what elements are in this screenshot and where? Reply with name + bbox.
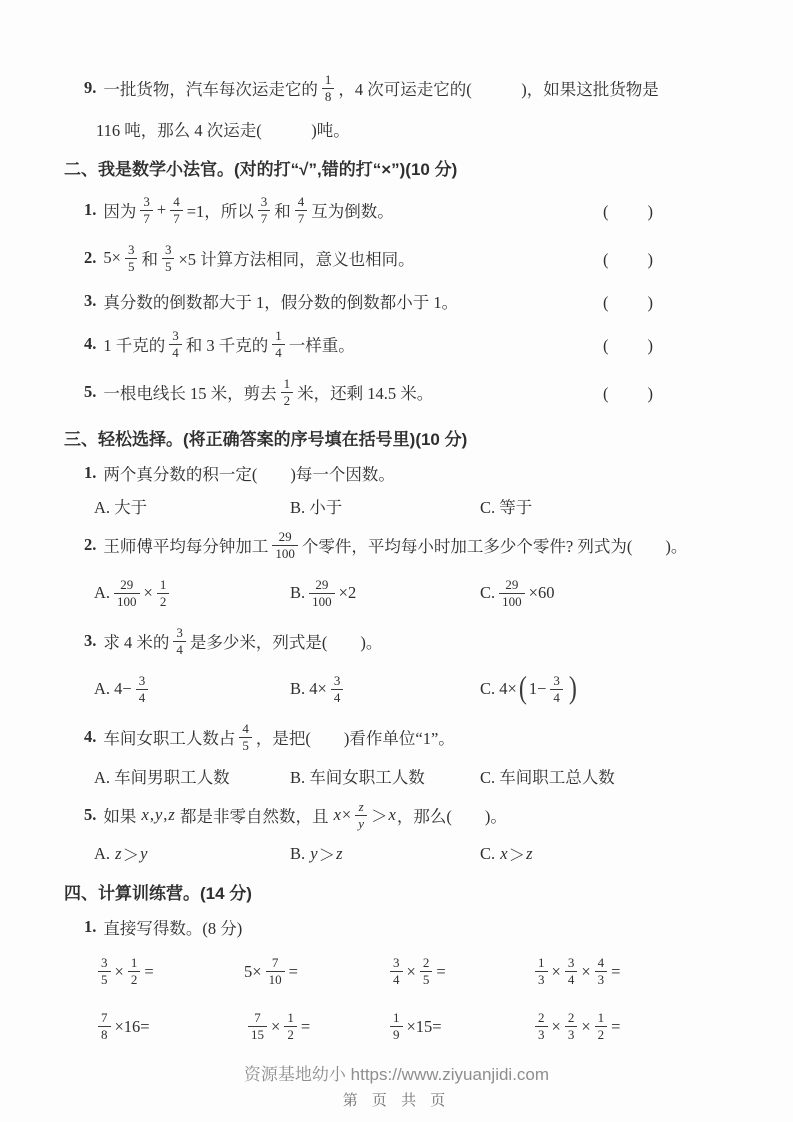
option-b: B. 小于 [290, 494, 480, 518]
text-run: = [301, 1017, 310, 1037]
question-stem: 2.王师傅平均每分钟加工29100个零件，平均每小时加工多少个零件? 列式为( … [64, 522, 735, 568]
fraction-numerator: 1 [535, 955, 548, 971]
text-run: B. [290, 844, 309, 864]
text-run: × [271, 1017, 280, 1037]
text-run: 都是非零自然数，且 [176, 803, 333, 827]
fraction-numerator: 1 [322, 72, 335, 88]
calculation-expression: 5×710= [244, 955, 386, 987]
option-c: C. 4×(1−34) [480, 673, 735, 705]
fraction-numerator: 29 [502, 577, 521, 593]
options-row: A. z＞yB. y＞zC. x＞z [64, 838, 735, 870]
fraction-denominator: 9 [390, 1026, 403, 1043]
question-number: 5. [84, 382, 96, 402]
fraction: 34 [390, 955, 403, 987]
math-variable: z [335, 844, 343, 864]
fraction-denominator: 5 [239, 737, 252, 754]
text-run: ＞ [319, 842, 336, 866]
question-item: 9.一批货物，汽车每次运走它的18，4 次可运走它的( )，如果这批货物是116… [64, 64, 735, 146]
fraction-numerator: 3 [258, 194, 271, 210]
option-b: B. 4×34 [290, 673, 480, 705]
options-row: A.29100×12B.29100×2C.29100×60 [64, 568, 735, 618]
fraction-numerator: 1 [272, 328, 285, 344]
fraction-numerator: 2 [420, 955, 433, 971]
question-number: 4. [84, 727, 96, 747]
question-text: 1 千克的34和 3 千克的14一样重。 [103, 328, 603, 360]
fraction-denominator: 7 [258, 210, 271, 227]
answer-bracket: ( ) [603, 332, 655, 356]
text-run: ，4 次可运走它的( )，如果这批货物是 [338, 76, 658, 100]
fraction-numerator: 3 [169, 328, 182, 344]
multiple-choice-item: 4.车间女职工人数占45，是把( )看作单位“1”。A. 车间男职工人数B. 车… [64, 714, 735, 792]
fraction-denominator: 3 [595, 971, 608, 988]
fraction-denominator: 2 [284, 1026, 297, 1043]
text-run: × [552, 962, 561, 982]
text-run: 一样重。 [289, 332, 355, 356]
fraction-numerator: 7 [98, 1010, 111, 1026]
fraction-denominator: 100 [309, 593, 335, 610]
text-run: 个零件，平均每小时加工多少个零件? 列式为( )。 [302, 533, 687, 557]
fraction-numerator: 7 [269, 955, 282, 971]
text-run: × [407, 962, 416, 982]
multiple-choice-item: 5.如果 x,y,z 都是非零自然数，且 x×zy＞x，那么( )。A. z＞y… [64, 792, 735, 870]
text-run: 求 4 米的 [103, 629, 169, 653]
calculation-expression: 19×15= [386, 1010, 531, 1042]
multiple-choice-item: 2.王师傅平均每分钟加工29100个零件，平均每小时加工多少个零件? 列式为( … [64, 522, 735, 618]
text-run: =1，所以 [187, 198, 254, 222]
true-false-item: 1.因为37+47=1，所以37和47互为倒数。( ) [64, 186, 735, 234]
section-header: 三、轻松选择。(将正确答案的序号填在括号里)(10 分) [64, 418, 735, 456]
question-number: 2. [84, 248, 96, 268]
math-variable: y [309, 844, 318, 864]
sub-section-header: 1.直接写得数。(8 分) [64, 910, 735, 944]
math-variable: x [388, 805, 397, 825]
text-run: ×60 [529, 583, 555, 603]
text-run: × [581, 1017, 590, 1037]
math-variable: x [499, 844, 508, 864]
fraction: 34 [169, 328, 182, 360]
text-run: = [611, 962, 620, 982]
options-row: A. 车间男职工人数B. 车间女职工人数C. 车间职工总人数 [64, 760, 735, 792]
sub-section-title: 直接写得数。(8 分) [103, 915, 242, 939]
fraction: 35 [125, 242, 138, 274]
question-number: 9. [84, 78, 96, 98]
text-run: 5× [244, 962, 262, 982]
fraction-denominator: 2 [157, 593, 170, 610]
question-number: 3. [84, 291, 96, 311]
multiple-choice-item: 3.求 4 米的34是多少米，列式是( )。A. 4−34B. 4×34C. 4… [64, 618, 735, 714]
text-run: 一根电线长 15 米，剪去 [103, 380, 276, 404]
fraction: zy [355, 799, 367, 831]
fraction-denominator: 3 [565, 1026, 578, 1043]
fraction: 19 [390, 1010, 403, 1042]
page-footer: 资源基地幼小 https://www.ziyuanjidi.com 第 页 共 … [0, 1060, 793, 1110]
fraction-numerator: 3 [136, 673, 149, 689]
fraction: 47 [295, 194, 308, 226]
text-run: 1 千克的 [103, 332, 165, 356]
fraction-numerator: 3 [140, 194, 153, 210]
question-number: 3. [84, 631, 96, 651]
fraction-numerator: 3 [565, 955, 578, 971]
fraction-denominator: y [355, 815, 367, 832]
fraction-denominator: 5 [98, 971, 111, 988]
fraction-denominator: 4 [390, 971, 403, 988]
option-c: C. x＞z [480, 842, 735, 866]
option-a: A. 大于 [94, 494, 290, 518]
question-stem: 1.两个真分数的积一定( )每一个因数。 [64, 456, 735, 490]
text-run: × [144, 583, 153, 603]
text-run: C. 车间职工总人数 [480, 764, 615, 788]
fraction-numerator: 4 [295, 194, 308, 210]
calculation-expression: 715×12= [244, 1010, 386, 1042]
true-false-item: 3.真分数的倒数都大于 1，假分数的倒数都小于 1。( ) [64, 282, 735, 320]
question-stem: 5.如果 x,y,z 都是非零自然数，且 x×zy＞x，那么( )。 [64, 792, 735, 838]
fraction: 34 [565, 955, 578, 987]
right-paren-icon: ) [569, 671, 577, 706]
fraction-numerator: 1 [390, 1010, 403, 1026]
fraction: 34 [550, 673, 563, 705]
fraction-numerator: 3 [390, 955, 403, 971]
text-run: 116 吨，那么 4 次运走( )吨。 [96, 117, 350, 141]
option-a: A. 车间男职工人数 [94, 764, 290, 788]
fraction: 47 [170, 194, 183, 226]
fraction-numerator: 3 [162, 242, 175, 258]
text-run: 5× [103, 248, 121, 268]
fraction-numerator: z [356, 799, 367, 815]
fraction-numerator: 7 [251, 1010, 264, 1026]
text-run: 和 3 千克的 [186, 332, 269, 356]
footer-watermark: 资源基地幼小 https://www.ziyuanjidi.com [0, 1060, 793, 1085]
fraction-numerator: 29 [117, 577, 136, 593]
calculation-expression: 13×34×43= [531, 955, 735, 987]
question-text: 5×35和35×5 计算方法相同，意义也相同。 [103, 242, 603, 274]
fraction-denominator: 10 [266, 971, 285, 988]
fraction: 29100 [272, 529, 298, 561]
option-c: C. 车间职工总人数 [480, 764, 735, 788]
text-run: = [289, 962, 298, 982]
calculation-expression: 78×16= [94, 1010, 244, 1042]
option-c: C. 等于 [480, 494, 735, 518]
fraction: 34 [136, 673, 149, 705]
fraction-numerator: 4 [239, 721, 252, 737]
fraction: 35 [162, 242, 175, 274]
fraction-numerator: 3 [125, 242, 138, 258]
fraction-denominator: 7 [170, 210, 183, 227]
text-run: 和 [274, 198, 291, 222]
fraction-numerator: 2 [535, 1010, 548, 1026]
fraction: 14 [272, 328, 285, 360]
text-run: B. 车间女职工人数 [290, 764, 425, 788]
worksheet-content: 9.一批货物，汽车每次运走它的18，4 次可运走它的( )，如果这批货物是116… [64, 64, 735, 1054]
fraction-numerator: 1 [595, 1010, 608, 1026]
fraction-numerator: 2 [565, 1010, 578, 1026]
question-number: 4. [84, 334, 96, 354]
math-variable: x [333, 805, 342, 825]
text-run: ×2 [339, 583, 357, 603]
true-false-item: 4.1 千克的34和 3 千克的14一样重。( ) [64, 320, 735, 368]
fraction-denominator: 100 [272, 545, 298, 562]
fraction-denominator: 2 [281, 392, 294, 409]
text-run: ＞ [371, 803, 388, 827]
fraction-numerator: 4 [595, 955, 608, 971]
fraction-denominator: 4 [169, 344, 182, 361]
option-a: A. 4−34 [94, 673, 290, 705]
fraction-denominator: 4 [136, 689, 149, 706]
question-stem: 3.求 4 米的34是多少米，列式是( )。 [64, 618, 735, 664]
question-line: 9.一批货物，汽车每次运走它的18，4 次可运走它的( )，如果这批货物是 [64, 64, 735, 112]
fraction-numerator: 4 [170, 194, 183, 210]
math-variable: z [114, 844, 122, 864]
text-run: ＞ [509, 842, 526, 866]
fraction: 12 [284, 1010, 297, 1042]
fraction-numerator: 29 [312, 577, 331, 593]
text-run: C. 4× [480, 679, 517, 699]
text-run: = [436, 962, 445, 982]
fraction: 710 [266, 955, 285, 987]
text-run: × [342, 805, 351, 825]
fraction-denominator: 8 [98, 1026, 111, 1043]
fraction: 23 [535, 1010, 548, 1042]
text-run: B. [290, 583, 305, 603]
options-row: A. 4−34B. 4×34C. 4×(1−34) [64, 664, 735, 714]
answer-bracket: ( ) [603, 380, 655, 404]
calculation-row: 35×12=5×710=34×25=13×34×43= [64, 944, 735, 999]
fraction-denominator: 5 [420, 971, 433, 988]
left-paren-icon: ( [519, 671, 527, 706]
text-run: 因为 [103, 198, 136, 222]
answer-bracket: ( ) [603, 198, 655, 222]
question-number: 1. [84, 200, 96, 220]
fraction: 12 [595, 1010, 608, 1042]
text-run: B. 4× [290, 679, 327, 699]
fraction: 37 [140, 194, 153, 226]
fraction-denominator: 100 [499, 593, 525, 610]
text-run: 如果 [103, 803, 140, 827]
fraction-numerator: 3 [173, 625, 186, 641]
fraction-denominator: 4 [550, 689, 563, 706]
option-c: C.29100×60 [480, 577, 735, 609]
text-run: 一批货物，汽车每次运走它的 [103, 76, 318, 100]
fraction: 29100 [309, 577, 335, 609]
text-run: A. 车间男职工人数 [94, 764, 230, 788]
fraction-denominator: 2 [595, 1026, 608, 1043]
fraction-denominator: 7 [140, 210, 153, 227]
fraction-numerator: 1 [128, 955, 141, 971]
fraction-numerator: 29 [276, 529, 295, 545]
math-variable: y [154, 805, 163, 825]
fraction-denominator: 3 [535, 971, 548, 988]
calculation-expression: 35×12= [94, 955, 244, 987]
fraction: 43 [595, 955, 608, 987]
fraction: 45 [239, 721, 252, 753]
calculation-expression: 23×23×12= [531, 1010, 735, 1042]
footer-page-number: 第 页 共 页 [0, 1089, 793, 1110]
fraction-denominator: 5 [162, 258, 175, 275]
fraction-numerator: 1 [157, 577, 170, 593]
question-text: 因为37+47=1，所以37和47互为倒数。 [103, 194, 603, 226]
text-run: 1− [529, 679, 547, 699]
text-run: 真分数的倒数都大于 1，假分数的倒数都小于 1。 [103, 289, 458, 313]
section-header: 二、我是数学小法官。(对的打“√”,错的打“×”)(10 分) [64, 148, 735, 186]
fraction: 715 [248, 1010, 267, 1042]
question-text: 真分数的倒数都大于 1，假分数的倒数都小于 1。 [103, 289, 603, 313]
option-a: A. z＞y [94, 842, 290, 866]
fraction-numerator: 3 [550, 673, 563, 689]
text-run: = [611, 1017, 620, 1037]
fraction-denominator: 15 [248, 1026, 267, 1043]
text-run: C. [480, 583, 495, 603]
fraction: 78 [98, 1010, 111, 1042]
option-b: B. 车间女职工人数 [290, 764, 480, 788]
fraction: 13 [535, 955, 548, 987]
text-run: A. [94, 583, 110, 603]
question-stem: 4.车间女职工人数占45，是把( )看作单位“1”。 [64, 714, 735, 760]
answer-bracket: ( ) [603, 289, 655, 313]
question-line: 116 吨，那么 4 次运走( )吨。 [64, 112, 735, 146]
fraction-denominator: 4 [272, 344, 285, 361]
option-b: B.29100×2 [290, 577, 480, 609]
text-run: ＞ [123, 842, 140, 866]
fraction: 25 [420, 955, 433, 987]
fraction-numerator: 1 [284, 1010, 297, 1026]
fraction-numerator: 3 [331, 673, 344, 689]
fraction: 18 [322, 72, 335, 104]
fraction: 35 [98, 955, 111, 987]
text-run: × [552, 1017, 561, 1037]
fraction-denominator: 100 [114, 593, 140, 610]
true-false-item: 5.一根电线长 15 米，剪去12米，还剩 14.5 米。( ) [64, 368, 735, 416]
fraction: 12 [157, 577, 170, 609]
text-run: 是多少米，列式是( )。 [190, 629, 383, 653]
question-number: 5. [84, 805, 96, 825]
text-run: A. 4− [94, 679, 132, 699]
text-run: A. 大于 [94, 494, 147, 518]
sub-section-number: 1. [84, 917, 96, 937]
text-run: = [144, 962, 153, 982]
text-run: × [115, 962, 124, 982]
text-run: 车间女职工人数占 [103, 725, 235, 749]
fraction-denominator: 5 [125, 258, 138, 275]
calculation-expression: 34×25= [386, 955, 531, 987]
text-run: 王师傅平均每分钟加工 [103, 533, 268, 557]
text-run: ×16= [115, 1017, 150, 1037]
text-run: 两个真分数的积一定( )每一个因数。 [103, 461, 395, 485]
true-false-item: 2.5×35和35×5 计算方法相同，意义也相同。( ) [64, 234, 735, 282]
fraction: 34 [331, 673, 344, 705]
text-run: ×15= [407, 1017, 442, 1037]
fraction: 29100 [499, 577, 525, 609]
text-run: C. 等于 [480, 494, 532, 518]
text-run: × [581, 962, 590, 982]
question-text: 一根电线长 15 米，剪去12米，还剩 14.5 米。 [103, 376, 603, 408]
fraction: 23 [565, 1010, 578, 1042]
fraction-denominator: 8 [322, 88, 335, 105]
calculation-row: 78×16=715×12=19×15=23×23×12= [64, 999, 735, 1054]
math-variable: z [167, 805, 175, 825]
math-variable: z [525, 844, 533, 864]
option-b: B. y＞z [290, 842, 480, 866]
options-row: A. 大于B. 小于C. 等于 [64, 490, 735, 522]
fraction-denominator: 4 [331, 689, 344, 706]
worksheet-page: 9.一批货物，汽车每次运走它的18，4 次可运走它的( )，如果这批货物是116… [0, 0, 793, 1122]
text-run: C. [480, 844, 499, 864]
fraction: 12 [128, 955, 141, 987]
text-run: ，是把( )看作单位“1”。 [256, 725, 455, 749]
fraction-numerator: 3 [98, 955, 111, 971]
text-run: 和 [141, 246, 158, 270]
fraction: 37 [258, 194, 271, 226]
question-number: 1. [84, 463, 96, 483]
fraction-numerator: 1 [281, 376, 294, 392]
option-a: A.29100×12 [94, 577, 290, 609]
fraction-denominator: 4 [565, 971, 578, 988]
text-run: B. 小于 [290, 494, 342, 518]
fraction-denominator: 2 [128, 971, 141, 988]
text-run: + [157, 200, 166, 220]
math-variable: y [139, 844, 148, 864]
text-run: 互为倒数。 [311, 198, 394, 222]
fraction-denominator: 3 [535, 1026, 548, 1043]
fraction-denominator: 4 [173, 641, 186, 658]
question-number: 2. [84, 535, 96, 555]
text-run: 米，还剩 14.5 米。 [297, 380, 433, 404]
fraction: 34 [173, 625, 186, 657]
multiple-choice-item: 1.两个真分数的积一定( )每一个因数。A. 大于B. 小于C. 等于 [64, 456, 735, 522]
fraction: 12 [281, 376, 294, 408]
text-run: A. [94, 844, 114, 864]
fraction: 29100 [114, 577, 140, 609]
math-variable: x [141, 805, 150, 825]
section-header: 四、计算训练营。(14 分) [64, 872, 735, 910]
text-run: ，那么( )。 [397, 803, 507, 827]
text-run: ×5 计算方法相同，意义也相同。 [178, 246, 414, 270]
answer-bracket: ( ) [603, 246, 655, 270]
fraction-denominator: 7 [295, 210, 308, 227]
